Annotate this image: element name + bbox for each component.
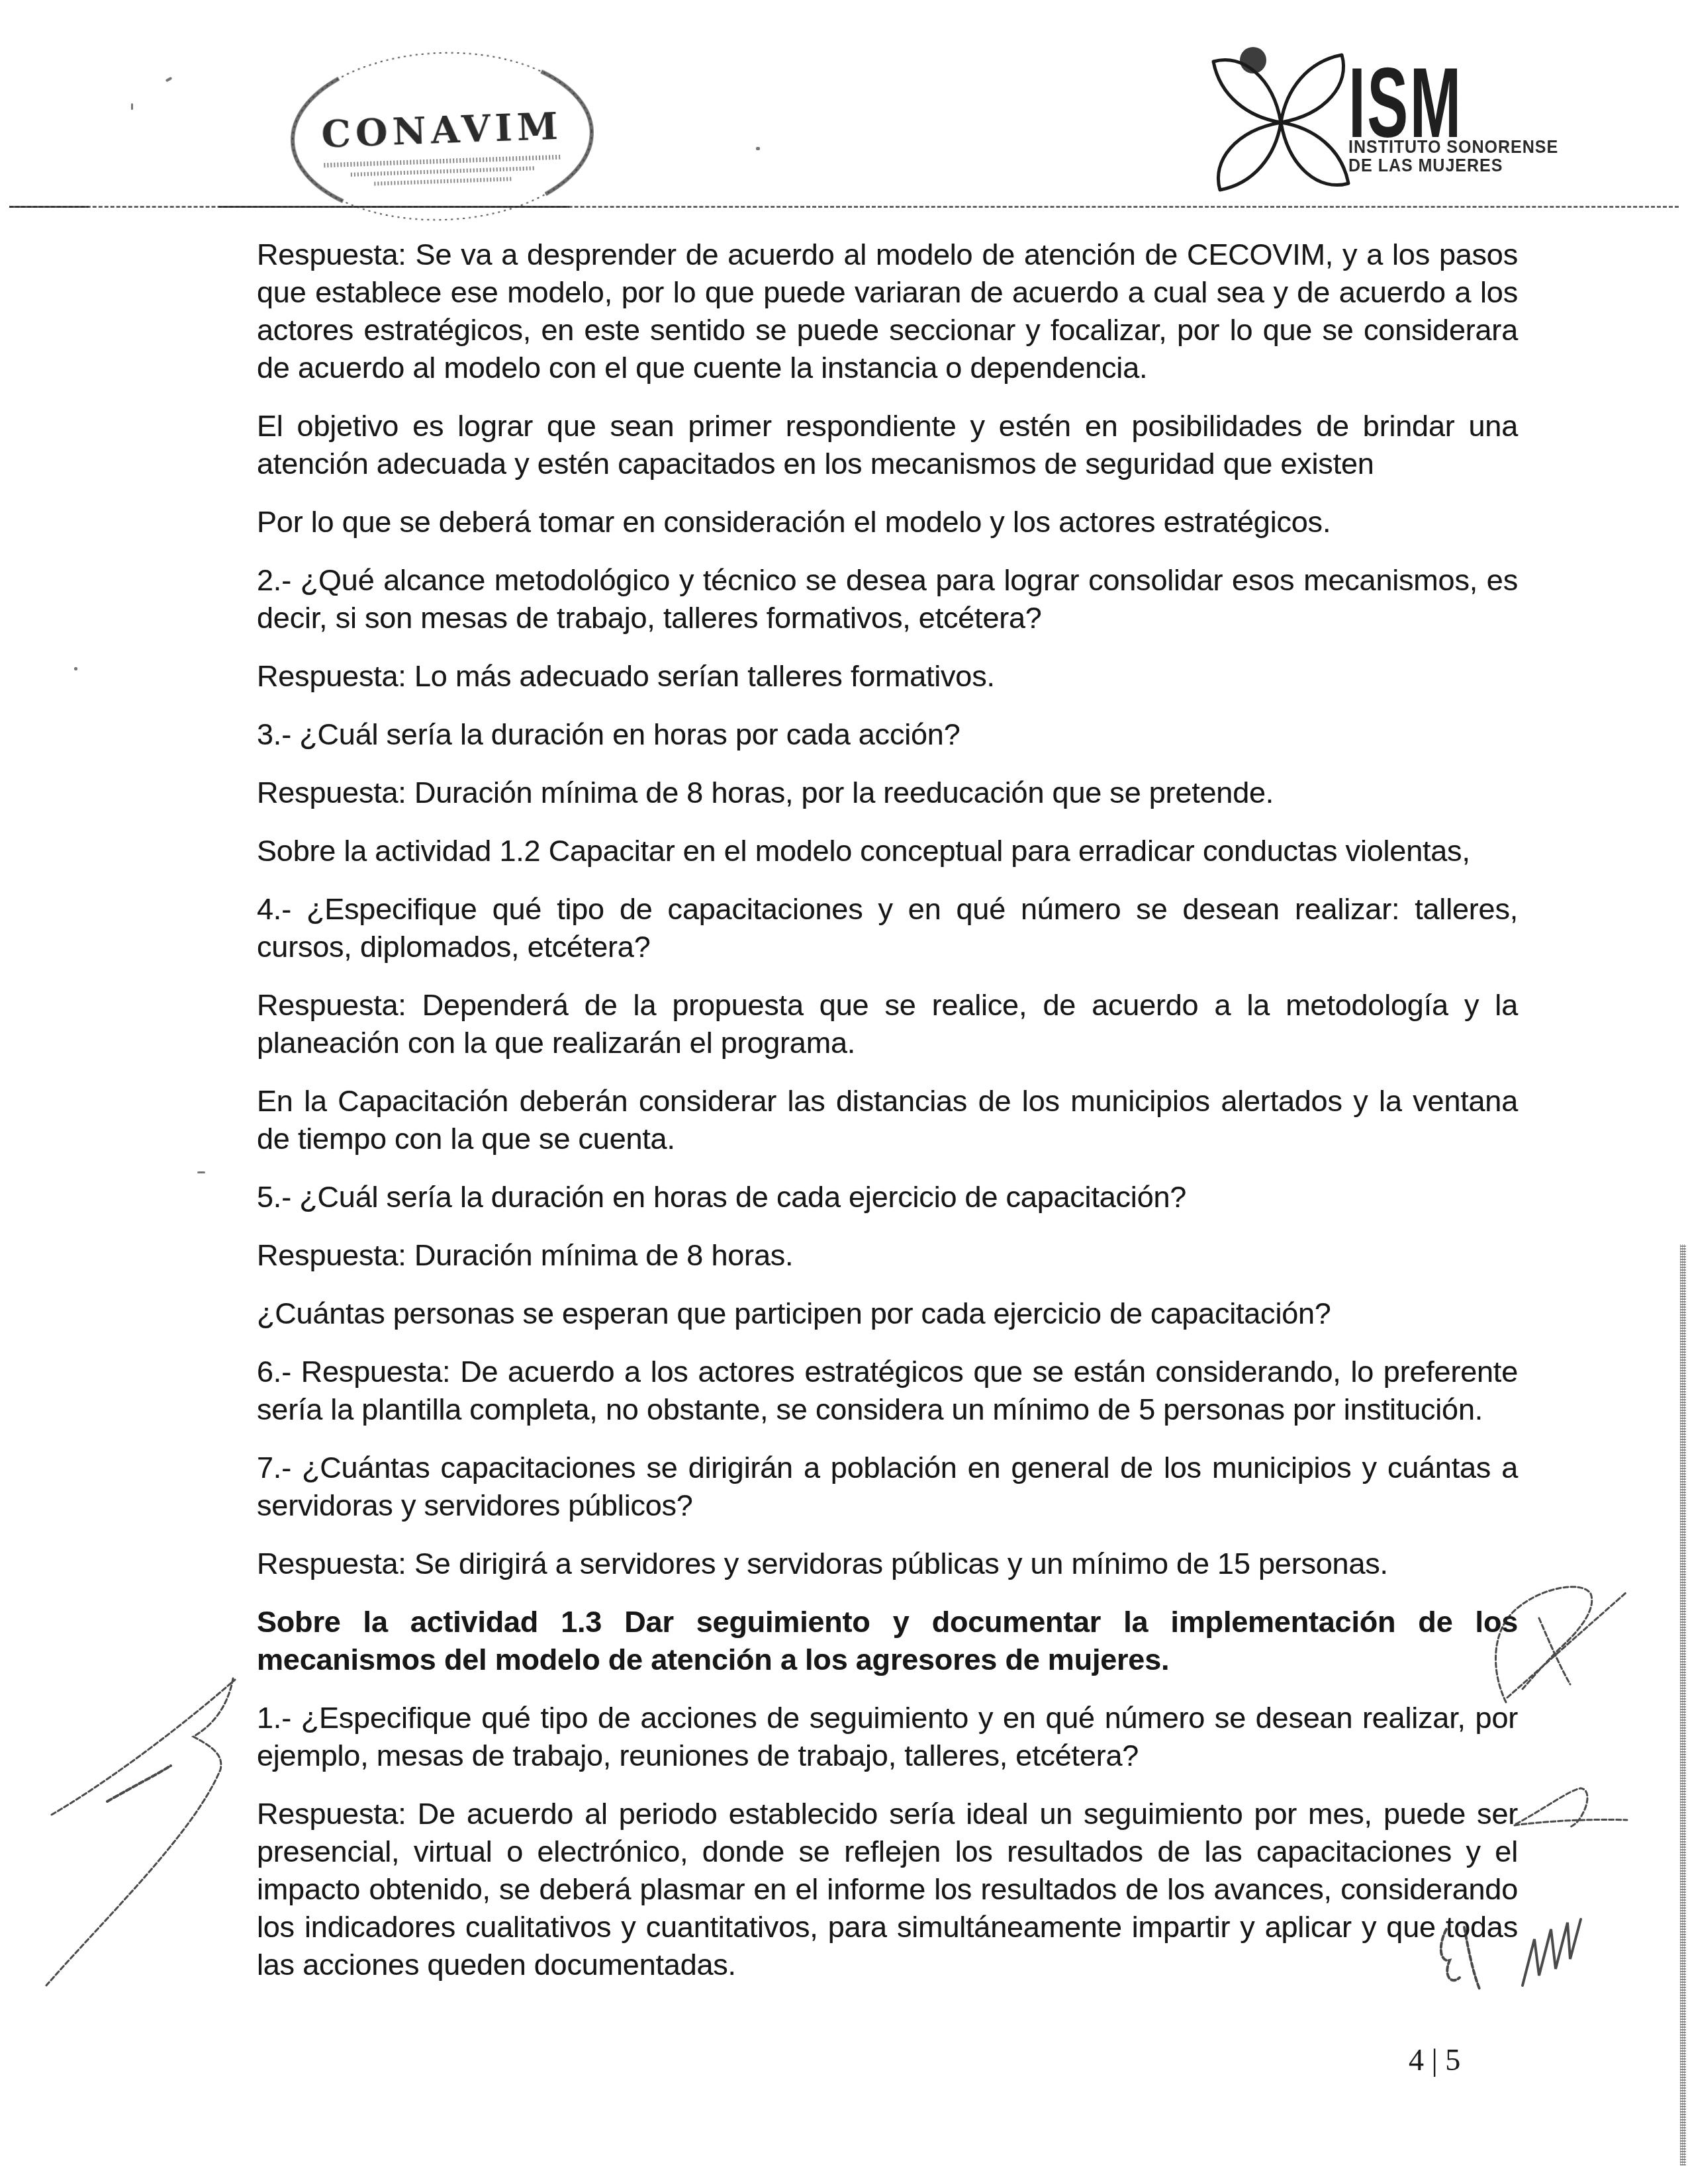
scan-speck	[131, 103, 133, 110]
handwriting-layer	[0, 0, 1688, 2184]
scan-noise-strip	[1680, 1244, 1686, 2165]
large-check-stroke-left-icon	[46, 1678, 235, 1985]
scan-speck	[197, 1171, 205, 1173]
scanned-document-page: CONAVIM ISM INSTITUTO SONORENSE DE LAS M…	[0, 0, 1688, 2184]
triangle-scribble-icon	[1515, 1788, 1627, 1827]
initials-scribble-icon	[1441, 1919, 1581, 1989]
scan-speck	[74, 667, 77, 670]
scan-speck	[756, 147, 760, 150]
crossed-loop-scribble-icon	[1496, 1587, 1627, 1702]
